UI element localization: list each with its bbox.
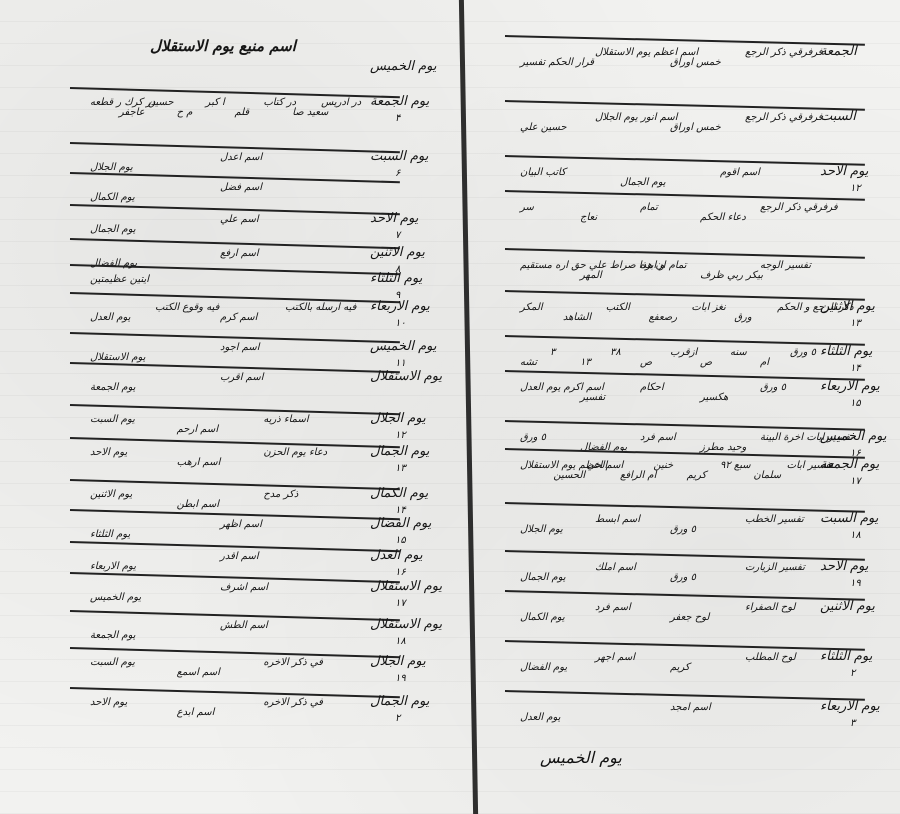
day-number: ۱۰: [395, 318, 406, 329]
entry-text: م ح: [177, 107, 193, 118]
entry-text: يوم الخميس: [90, 592, 141, 603]
entry-text: اسم امجد: [670, 702, 711, 713]
entry-text: في ذكر الاخره: [263, 697, 323, 708]
entry-text: نغز ابات: [691, 302, 725, 313]
entry-text: اسم فضل: [220, 182, 262, 193]
day-label: يوم الكمال: [370, 487, 428, 501]
entry-text: ص: [700, 357, 712, 368]
entry-text: اسم اكرم يوم العدل: [520, 382, 604, 393]
day-label: الجمعة: [820, 45, 857, 59]
entry-text: رصعفع: [649, 312, 678, 323]
entry-text: تفسير ابات اخرة البينة: [760, 432, 853, 443]
entry-text: ٥ ورق: [790, 347, 816, 358]
day-number: ۱۴: [395, 505, 406, 516]
day-label: يوم الاحد: [820, 560, 868, 574]
entry-text: اسم الطش: [220, 620, 268, 631]
entry-text: اسم اعظم يوم الاستقلال: [595, 47, 698, 58]
day-number: ۶: [395, 168, 400, 179]
entry-text: اسم ارفع: [220, 248, 259, 259]
day-label: يوم الفضال: [370, 517, 431, 531]
day-label: يوم السبت: [370, 150, 428, 164]
entry-text: سلمان: [753, 470, 781, 481]
entry-text: يوم العدل: [90, 312, 130, 323]
entry-text: سر: [520, 202, 534, 213]
entry-text: يوم الاربعاء: [90, 561, 136, 572]
entry-text: اسم ابطن: [177, 499, 219, 510]
entry-text: سعيد صا: [292, 107, 328, 118]
entry-text: فيه وقوع الكتب: [155, 302, 219, 313]
day-label: يوم الاستقلال: [370, 580, 442, 594]
day-label: يوم الجلال: [370, 412, 426, 426]
entry-text: حسين علي: [520, 122, 567, 133]
entry-text: اسم فرد: [595, 602, 631, 613]
day-label: يوم الثلثاء: [820, 650, 872, 664]
entry-text: ا كبر: [206, 97, 225, 108]
entry-text: لوح جعفر: [670, 612, 709, 623]
entry-text: يوم الاحد: [90, 447, 127, 458]
entry-text: اسم اعدل: [220, 152, 262, 163]
entry-text: اسم اظهر: [220, 519, 262, 530]
entry-text: اسم اجهر: [595, 652, 635, 663]
day-label: يوم الجمعة: [370, 95, 429, 109]
entry-text: تفسير ابات: [787, 460, 834, 471]
entry-text: اسم ابدع: [177, 707, 215, 718]
day-number: ۱۲: [850, 183, 861, 194]
entry-text: لوح الصفراء: [745, 602, 795, 613]
day-label: يوم الثلثاء: [370, 272, 422, 286]
day-number: ۱۴: [850, 363, 861, 374]
entry-text: فرفرقي ذكر الرجع: [745, 47, 823, 58]
entry-text: ۳: [550, 347, 555, 358]
entry-text: يوم الجمعة: [90, 382, 136, 393]
day-label: يوم الاثنين: [370, 246, 425, 260]
entry-text: يوم الجمال: [620, 177, 666, 188]
entry-text: لوح المطلب: [745, 652, 796, 663]
entry-text: قرار الحكم تفسير: [520, 57, 594, 68]
day-label: يوم الجمال: [370, 695, 429, 709]
entry-text: اسم اقدر: [220, 551, 259, 562]
day-label: يوم السبت: [820, 512, 878, 526]
entry-text: در كرك ر قطعه: [90, 97, 155, 108]
day-number: ۴: [395, 113, 400, 124]
day-number: ۷: [395, 230, 400, 241]
entry-text: اسم انور يوم الجلال: [595, 112, 678, 123]
entry-text: اسم ارهب: [177, 457, 221, 468]
day-label: يوم الخميس: [370, 60, 437, 74]
entry-text: يوم الجمعة: [90, 630, 136, 641]
day-label: يوم الاثنين: [820, 600, 875, 614]
entry-text: يوم الجلال: [90, 162, 133, 173]
day-number: ۲: [395, 713, 400, 724]
entry-text: يوم الاستقلال: [90, 352, 146, 363]
entry-text: اسماء ذریه: [263, 414, 308, 425]
entry-text: اسم فرد: [640, 432, 676, 443]
day-label: يوم الاحد: [820, 165, 868, 179]
entry-text: فرفرقي ذكر الرجع: [760, 202, 838, 213]
entry-text: تمام ان هذا صراط علي حق اره مستقيم: [520, 260, 687, 271]
day-label: يوم الجلال: [370, 655, 426, 669]
entry-text: الكتب: [606, 302, 630, 313]
entry-text: يوم الاثنين: [90, 489, 132, 500]
entry-text: اسم اقوم: [720, 167, 760, 178]
entry-text: تفسير الخطب: [745, 514, 804, 525]
day-label: يوم الاحد: [370, 212, 418, 226]
entry-text: يوم الكمال: [520, 612, 565, 623]
entry-text: ۳۸: [610, 347, 621, 358]
day-number: ۱۵: [395, 535, 406, 546]
entry-text: ام الرافع: [620, 470, 656, 481]
entry-text: اسم كرم: [220, 312, 257, 323]
entry-text: يوم الفضال: [520, 662, 567, 673]
entry-text: ذكر الرجع و الحكم: [777, 302, 853, 313]
entry-text: يوم العدل: [520, 712, 560, 723]
day-number: ۱۲: [395, 430, 406, 441]
entry-text: دعاء يوم الحزن: [263, 447, 327, 458]
entry-text: تشه: [520, 357, 537, 368]
entry-text: يوم الكمال: [90, 192, 135, 203]
day-label: يوم الاربعاء: [820, 700, 880, 714]
entry-text: تفسير الزيارت: [745, 562, 805, 573]
entry-text: ايتين عظيمتين: [90, 274, 149, 285]
page-header: اسم منيع يوم الاستقلال: [150, 38, 296, 55]
entry-text: الحسين: [553, 470, 585, 481]
entry-text: سبع ۹۲: [720, 460, 751, 471]
entry-text: تفسير الوجه: [760, 260, 811, 271]
entry-text: نعاج: [580, 212, 597, 223]
footer-signature: يوم الخميس: [540, 748, 622, 767]
day-label: يوم الاستقلال: [370, 618, 442, 632]
day-label: السبت: [820, 110, 856, 124]
entry-text: فرفرقي ذكر الرجع: [745, 112, 823, 123]
entry-text: ورق: [734, 312, 751, 323]
entry-text: قلم: [234, 107, 249, 118]
entry-text: وحيد مطرز: [700, 442, 746, 453]
entry-text: في ذكر الاخره: [263, 657, 323, 668]
day-number: ۱۳: [850, 318, 861, 329]
entry-text: اسم ارحم: [177, 424, 218, 435]
entry-text: ازقرب: [670, 347, 697, 358]
entry-text: يوم السبت: [90, 657, 135, 668]
entry-text: ٥ ورق: [760, 382, 786, 393]
entry-text: يوم الاحد: [90, 697, 127, 708]
entry-text: ٥ ورق: [670, 572, 696, 583]
entry-text: ٥ ورق: [670, 524, 696, 535]
day-number: ۱۵: [850, 398, 861, 409]
entry-text: اسم علي: [220, 214, 259, 225]
entry-text: ذكر مدح: [263, 489, 298, 500]
entry-text: ام: [760, 357, 769, 368]
day-number: ۱۷: [850, 476, 861, 487]
entry-text: المكر: [520, 302, 543, 313]
entry-text: دعاء الحكم: [700, 212, 746, 223]
entry-text: اسم ابسط: [595, 514, 640, 525]
entry-text: ص: [640, 357, 652, 368]
day-label: يوم الاستقلال: [370, 370, 442, 384]
entry-text: كاتب البيان: [520, 167, 566, 178]
entry-text: ٥ ورق: [520, 432, 546, 443]
entry-text: خمس اوراق: [670, 122, 721, 133]
entry-text: احكام: [640, 382, 664, 393]
day-label: يوم العدل: [370, 549, 423, 563]
entry-text: اسم املك: [595, 562, 636, 573]
entry-text: يوم الجمال: [520, 572, 566, 583]
day-number: ۱۹: [850, 578, 861, 589]
entry-text: اسم اعظم يوم الاستقلال: [520, 460, 623, 471]
day-label: يوم الاربعاء: [370, 300, 430, 314]
entry-text: هكسير: [700, 392, 728, 403]
entry-text: سنه: [730, 347, 747, 358]
day-number: ۱۸: [395, 636, 406, 647]
day-label: يوم الجمال: [370, 445, 429, 459]
entry-text: اسم اقرب: [220, 372, 263, 383]
day-number: ۱۶: [395, 567, 406, 578]
day-number: ۱۱: [395, 358, 406, 369]
entry-text: المهر: [580, 270, 602, 281]
day-label: يوم الاربعاء: [820, 380, 880, 394]
entry-text: ۱۳: [580, 357, 591, 368]
entry-text: اسم اجود: [220, 342, 260, 353]
day-label: يوم الخميس: [370, 340, 437, 354]
day-label: يوم الثلثاء: [820, 345, 872, 359]
day-number: ۲: [850, 668, 855, 679]
day-number: ۱۸: [850, 530, 861, 541]
entry-text: يوم السبت: [90, 414, 135, 425]
entry-text: فيه ارسله بالكتب: [285, 302, 356, 313]
entry-text: بيكر ربي ظرف: [700, 270, 763, 281]
entry-text: يوم الجمال: [90, 224, 136, 235]
entry-text: يوم الجلال: [520, 524, 563, 535]
entry-text: كريم: [670, 662, 690, 673]
day-number: ۳: [850, 718, 855, 729]
entry-text: كريم: [687, 470, 707, 481]
entry-text: يوم الفضال: [90, 258, 137, 269]
day-number: ۱۳: [395, 463, 406, 474]
day-number: ۱۷: [395, 598, 406, 609]
entry-text: خمس اوراق: [670, 57, 721, 68]
entry-text: تفسير: [580, 392, 605, 403]
entry-text: اسم اسمع: [177, 667, 220, 678]
entry-text: اسم اشرف: [220, 582, 268, 593]
day-number: ۱۹: [395, 673, 406, 684]
entry-text: در كتاب: [263, 97, 296, 108]
entry-text: الشاهد: [563, 312, 591, 323]
entry-text: عاجفر: [119, 107, 145, 118]
entry-text: يوم الثلثاء: [90, 529, 130, 540]
entry-text: تمام: [640, 202, 658, 213]
